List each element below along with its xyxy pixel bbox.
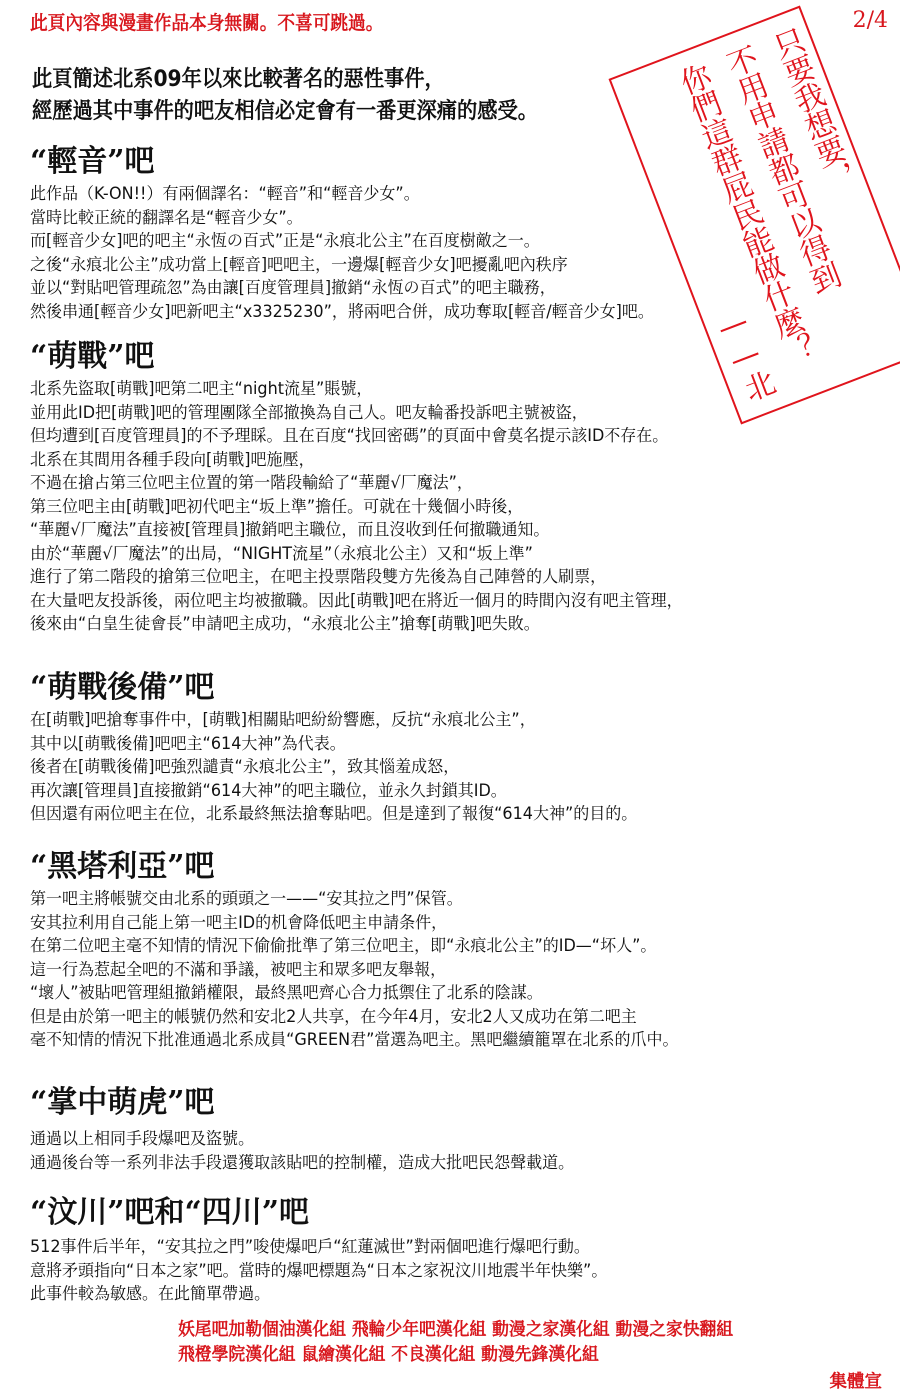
section-line: 當時比較正統的翻譯名是“輕音少女”。: [30, 206, 654, 230]
section-title: “汶川”吧和“四川”吧: [30, 1193, 625, 1233]
section-line: 然後串通[輕音少女]吧新吧主“x3325230”，將兩吧合併，成功奪取[輕音/輕…: [30, 300, 654, 324]
credits-signoff: 集體宣: [830, 1368, 883, 1393]
credits-line: 妖尾吧加勒個油漢化組 飛輪少年吧漢化組 動漫之家漢化組 動漫之家快翻組: [178, 1318, 733, 1343]
section-line: 毫不知情的情況下批准通過北系成員“GREEN君”當選為吧主。黑吧繼續籠罩在北系的…: [30, 1028, 678, 1052]
section-line: 在第二位吧主毫不知情的情況下偷偷批準了第三位吧主，即“永痕北公主”的ID—“坏人…: [30, 934, 678, 958]
section-title: “黑塔利亞”吧: [30, 847, 699, 887]
section-line: 並用此ID把[萌戰]吧的管理團隊全部撤換為自己人。吧友輪番投訴吧主號被盜，: [30, 401, 683, 425]
section-line: 通過後台等一系列非法手段還獲取該貼吧的控制權，造成大批吧民怨聲載道。: [30, 1151, 574, 1175]
section-moezhan: “萌戰”吧 北系先盜取[萌戰]吧第二吧主“night流星”賬號， 並用此ID把[…: [30, 337, 703, 636]
section-line: 在[萌戰]吧搶奪事件中，[萌戰]相關貼吧紛紛響應，反抗“永痕北公主”，: [30, 708, 637, 732]
scanlation-credits: 妖尾吧加勒個油漢化組 飛輪少年吧漢化組 動漫之家漢化組 動漫之家快翻組 飛橙學院…: [178, 1318, 733, 1368]
section-line: 由於“華麗√厂魔法”的出局，“NIGHT流星”（永痕北公主）又和“坂上準”: [30, 542, 683, 566]
section-title: “萌戰後備”吧: [30, 668, 656, 708]
section-line: 這一行為惹起全吧的不滿和爭議，被吧主和眾多吧友舉報，: [30, 958, 678, 982]
section-line: “壞人”被貼吧管理組撤銷權限，最終黑吧齊心合力抵禦住了北系的陰謀。: [30, 981, 678, 1005]
section-line: 北系先盜取[萌戰]吧第二吧主“night流星”賬號，: [30, 377, 683, 401]
section-line: 後來由“白皇生徒會長”申請吧主成功，“永痕北公主”搶奪[萌戰]吧失敗。: [30, 612, 683, 636]
section-toradora: “掌中萌虎”吧 通過以上相同手段爆吧及盜號。 通過後台等一系列非法手段還獲取該貼…: [30, 1083, 591, 1174]
section-wenchuan-sichuan: “汶川”吧和“四川”吧 512事件后半年，“安其拉之門”唆使爆吧戶“紅蓮滅世”對…: [30, 1193, 625, 1306]
section-line: 北系在其間用各種手段向[萌戰]吧施壓，: [30, 448, 683, 472]
section-line: 而[輕音少女]吧的吧主“永恆の百式”正是“永痕北公主”在百度樹敵之一。: [30, 229, 654, 253]
section-line: 此作品（K-ON!!）有兩個譯名：“輕音”和“輕音少女”。: [30, 182, 654, 206]
section-line: 安其拉利用自己能上第一吧主ID的机會降低吧主申請条件，: [30, 911, 678, 935]
section-line: 不過在搶占第三位吧主位置的第一階段輸給了“華麗√厂魔法”，: [30, 471, 683, 495]
credits-line: 飛橙學院漢化組 鼠繪漢化組 不良漢化組 動漫先鋒漢化組: [178, 1343, 733, 1368]
section-line: 但是由於第一吧主的帳號仍然和安北2人共享，在今年4月，安北2人又成功在第二吧主: [30, 1005, 678, 1029]
disclaimer-notice: 此頁內容與漫畫作品本身無關。不喜可跳過。: [30, 8, 383, 35]
section-line: 其中以[萌戰後備]吧吧主“614大神”為代表。: [30, 732, 637, 756]
section-line: 此事件較為敏感。在此簡單帶過。: [30, 1282, 607, 1306]
section-line: 進行了第二階段的搶第三位吧主，在吧主投票階段雙方先後為自己陣營的人刷票，: [30, 565, 683, 589]
intro-line: 此頁簡述北系09年以來比較著名的惡性事件，: [32, 64, 538, 96]
section-line: 通過以上相同手段爆吧及盜號。: [30, 1127, 574, 1151]
section-moezhan-backup: “萌戰後備”吧 在[萌戰]吧搶奪事件中，[萌戰]相關貼吧紛紛響應，反抗“永痕北公…: [30, 668, 656, 826]
section-line: 再次讓[管理員]直接撤銷“614大神”的吧主職位，並永久封鎖其ID。: [30, 779, 637, 803]
intro-heading: 此頁簡述北系09年以來比較著名的惡性事件， 經歷過其中事件的吧友相信必定會有一番…: [32, 64, 538, 128]
section-line: 但均遭到[百度管理員]的不予理睬。且在百度“找回密碼”的頁面中會莫名提示該ID不…: [30, 424, 683, 448]
page-number: 2/4: [853, 8, 888, 33]
section-line: 意將矛頭指向“日本之家”吧。當時的爆吧標題為“日本之家祝汶川地震半年快樂”。: [30, 1259, 607, 1283]
section-line: 後者在[萌戰後備]吧強烈譴責“永痕北公主”，致其惱羞成怒，: [30, 755, 637, 779]
section-line: 但因還有兩位吧主在位，北系最終無法搶奪貼吧。但是達到了報復“614大神”的目的。: [30, 802, 637, 826]
intro-line: 經歷過其中事件的吧友相信必定會有一番更深痛的感受。: [32, 96, 538, 128]
section-line: “華麗√厂魔法”直接被[管理員]撤銷吧主職位，而且沒收到任何撤職通知。: [30, 518, 683, 542]
section-title: “輕音”吧: [30, 142, 673, 182]
section-line: 第三位吧主由[萌戰]吧初代吧主“坂上準”擔任。可就在十幾個小時後，: [30, 495, 683, 519]
section-line: 在大量吧友投訴後，兩位吧主均被撤職。因此[萌戰]吧在將近一個月的時間內沒有吧主管…: [30, 589, 683, 613]
section-title: “掌中萌虎”吧: [30, 1083, 591, 1123]
section-hetalia: “黑塔利亞”吧 第一吧主將帳號交由北系的頭頭之一——“安其拉之門”保管。 安其拉…: [30, 847, 699, 1052]
section-line: 並以“對貼吧管理疏忽”為由讓[百度管理員]撤銷“永恆の百式”的吧主職務，: [30, 276, 654, 300]
section-line: 512事件后半年，“安其拉之門”唆使爆吧戶“紅蓮滅世”對兩個吧進行爆吧行動。: [30, 1235, 607, 1259]
section-keion: “輕音”吧 此作品（K-ON!!）有兩個譯名：“輕音”和“輕音少女”。 當時比較…: [30, 142, 673, 323]
section-line: 第一吧主將帳號交由北系的頭頭之一——“安其拉之門”保管。: [30, 887, 678, 911]
section-line: 之後“永痕北公主”成功當上[輕音]吧吧主，一邊爆[輕音少女]吧擾亂吧內秩序: [30, 253, 654, 277]
section-title: “萌戰”吧: [30, 337, 703, 377]
